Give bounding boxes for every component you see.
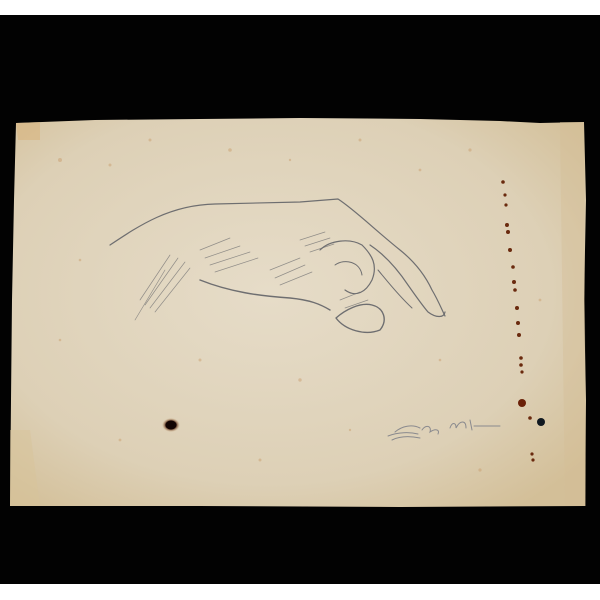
paper: [10, 118, 586, 507]
drawing-sheet: [0, 0, 600, 600]
